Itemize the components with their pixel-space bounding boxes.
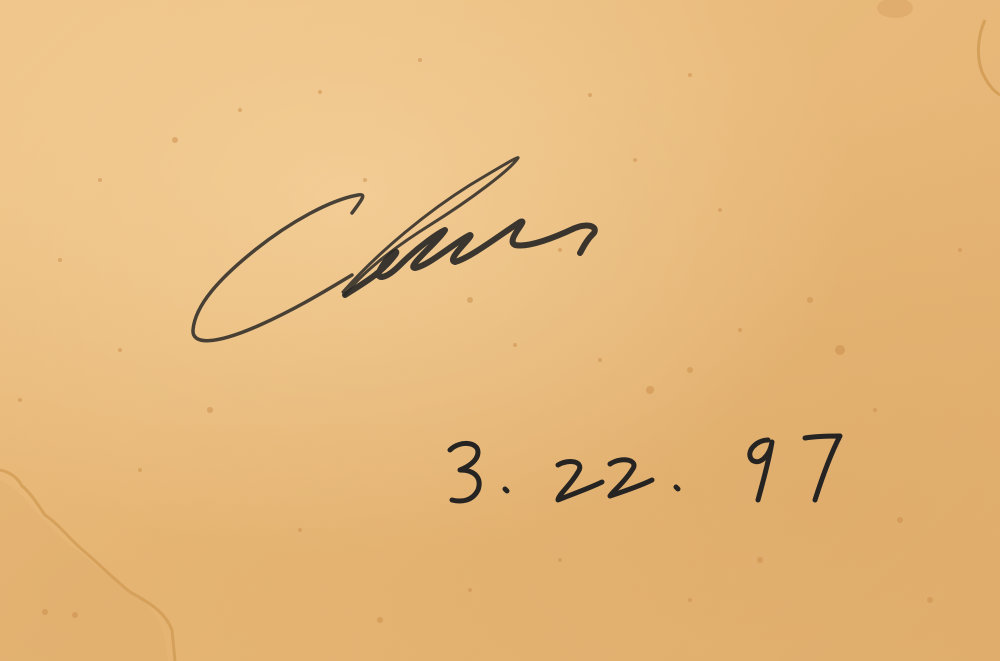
aged-paper: Chen 3.22.97 [0,0,1000,661]
handwritten-date [0,0,1000,661]
